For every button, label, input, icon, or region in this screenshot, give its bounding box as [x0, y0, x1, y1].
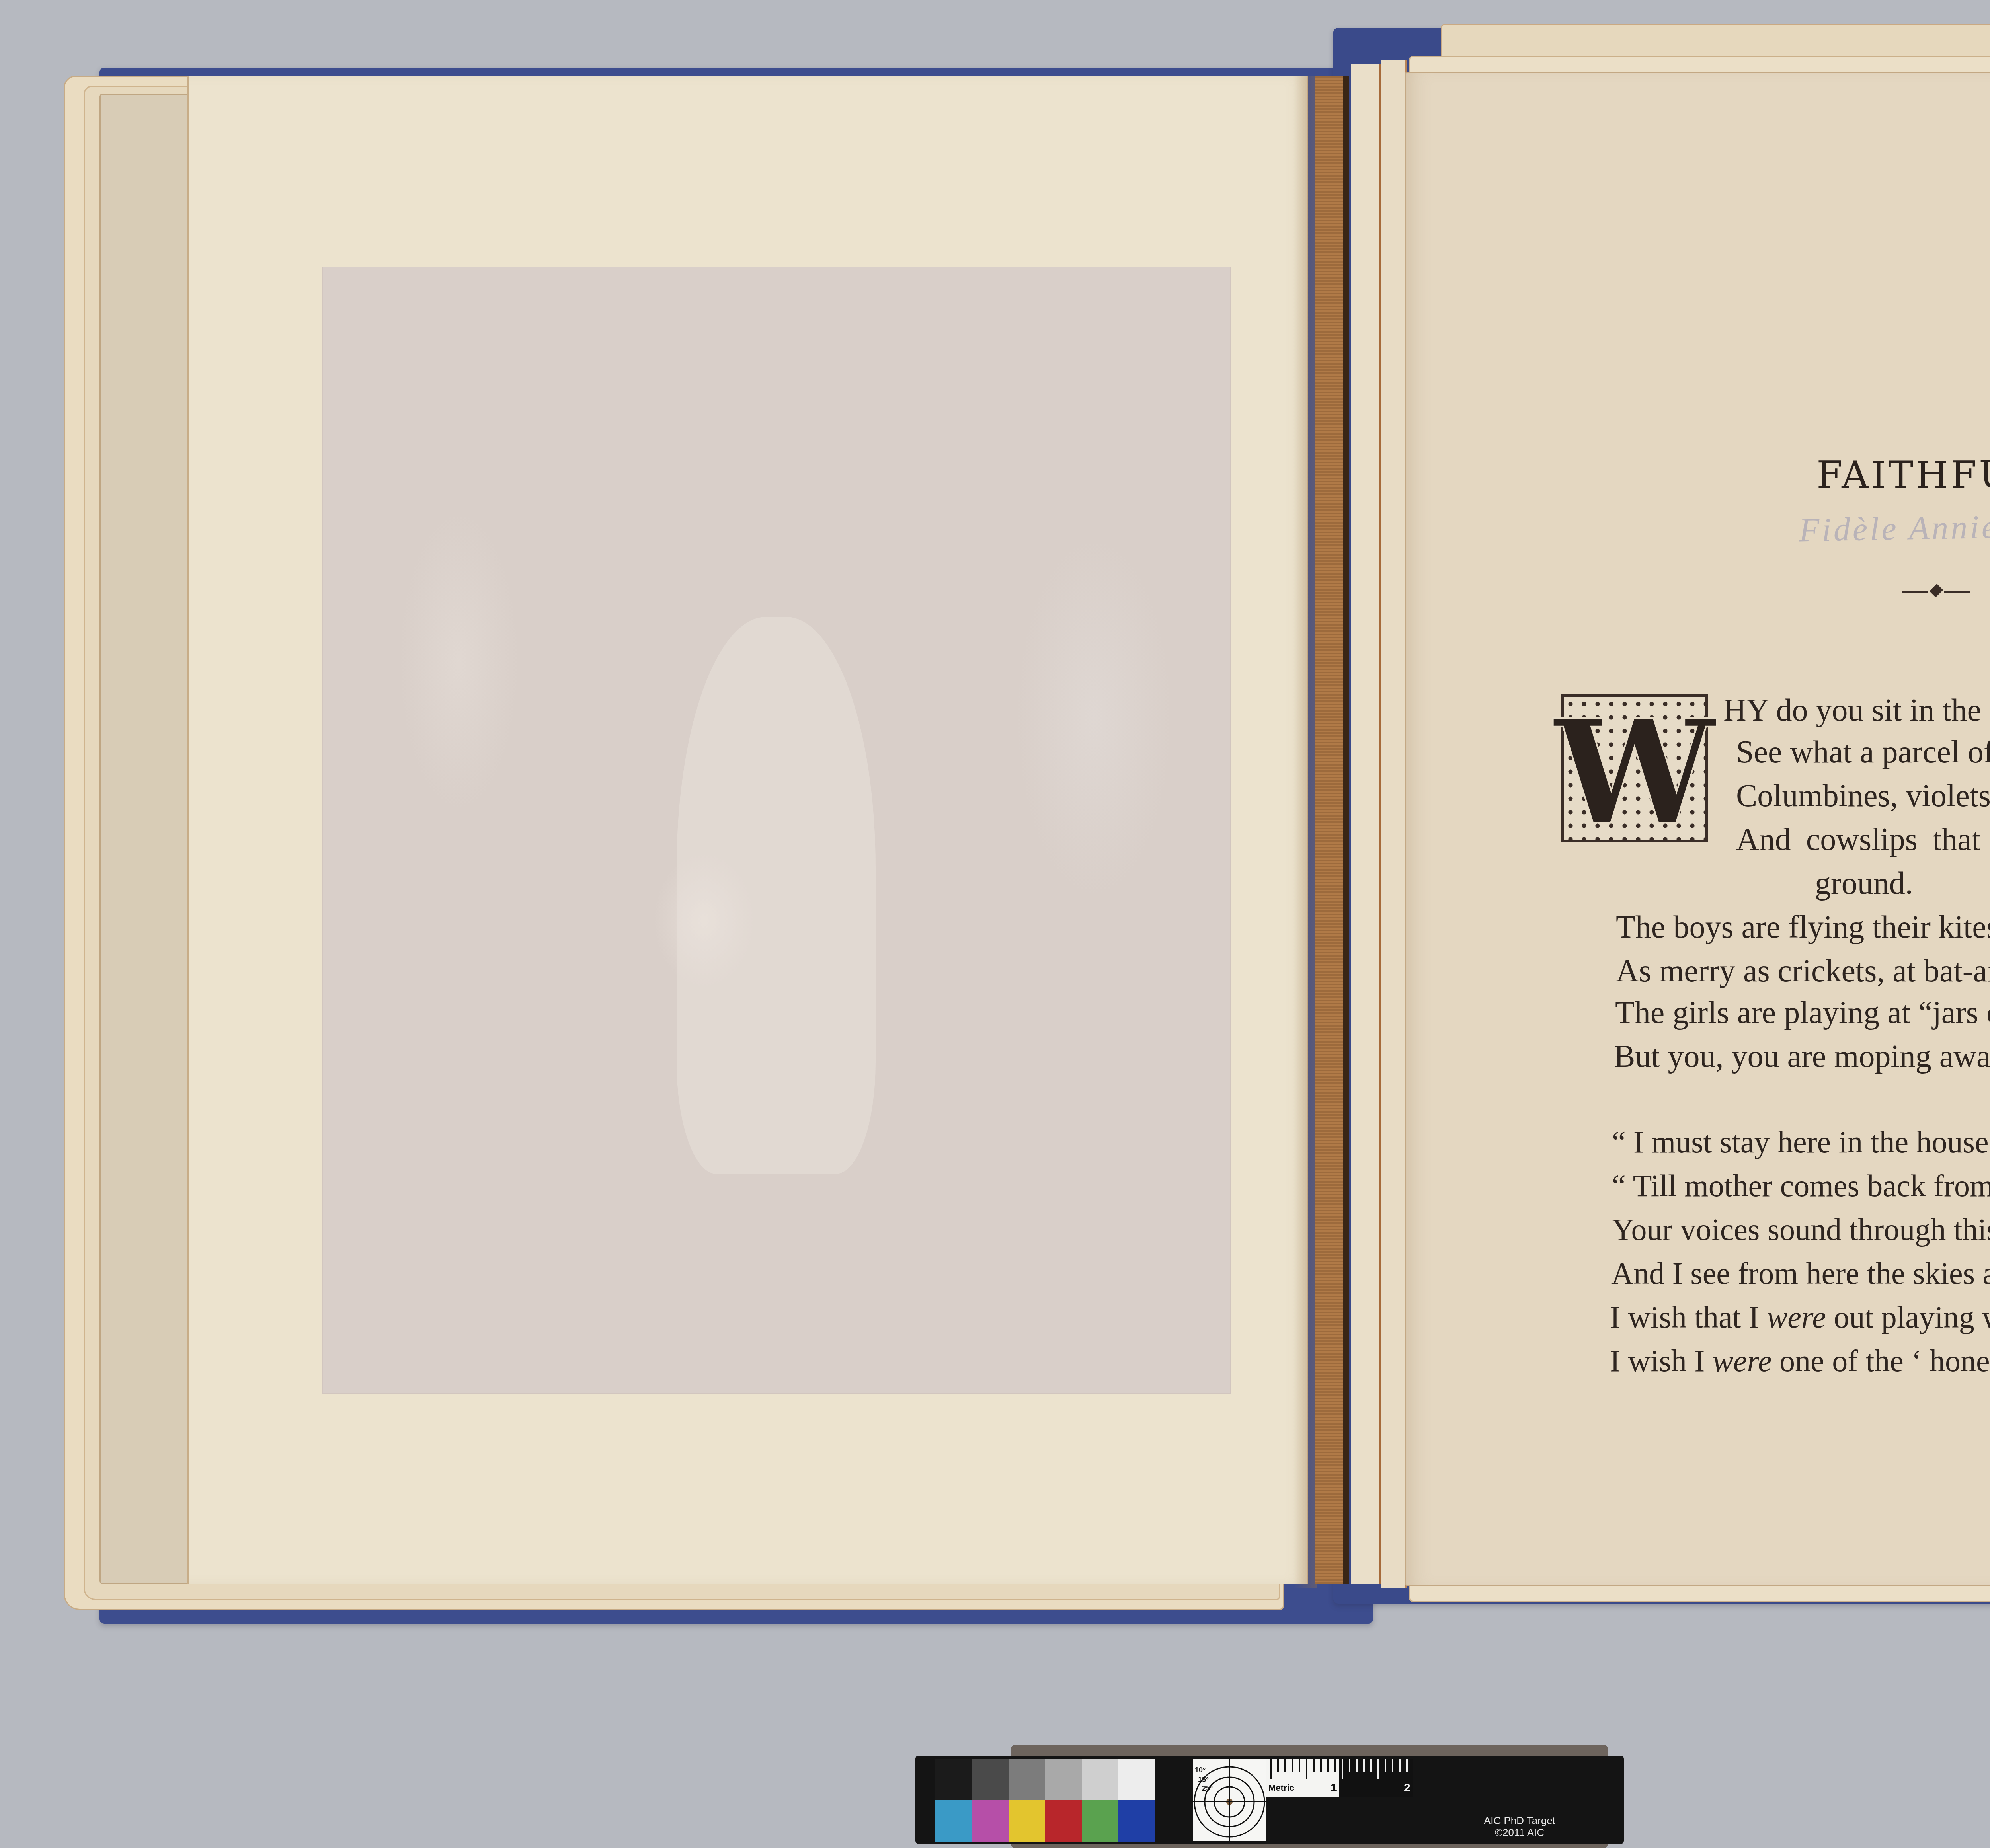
gray-swatch [1082, 1759, 1118, 1800]
verse-line: And I see from here the skies are bright… [1611, 1255, 1990, 1291]
color-swatch [1118, 1800, 1155, 1842]
verse-line: But you, you are moping away from all. [1614, 1039, 1990, 1075]
gutter-shadow [1293, 76, 1317, 1588]
verse-line: “ I must stay here in the house,” said A… [1612, 1124, 1990, 1160]
spine-leaf-edge [1381, 60, 1407, 1588]
ruler-number: 2 [1404, 1781, 1411, 1795]
target-brand-label: AIC PhD Target ©2011 AIC [1472, 1815, 1567, 1838]
gray-swatch [1045, 1759, 1082, 1800]
color-swatch [1009, 1800, 1045, 1842]
angle-label: 15° [1198, 1776, 1209, 1784]
metric-ruler: Metric 1 2 [1266, 1759, 1413, 1797]
ruler-tick [1292, 1759, 1293, 1772]
ruler-tick [1270, 1759, 1272, 1779]
ruler-tick [1385, 1759, 1386, 1772]
ornament-rule [1902, 591, 1928, 593]
color-swatch [972, 1800, 1009, 1842]
gray-swatch [1118, 1759, 1155, 1800]
verse-line: The girls are playing at “jars of honey … [1615, 995, 1990, 1031]
focus-target: 10° 15° 25° [1193, 1759, 1266, 1841]
color-swatch [1045, 1800, 1082, 1842]
ruler-tick [1356, 1759, 1358, 1772]
ruler-tick [1327, 1759, 1329, 1772]
ruler-tick [1306, 1759, 1307, 1779]
gray-swatch [972, 1759, 1009, 1800]
ruler-tick [1370, 1759, 1372, 1772]
ruler-tick [1406, 1759, 1408, 1772]
verse-line: Columbines, violets, snowdrops, quakers, [1736, 778, 1990, 814]
color-swatch [1082, 1800, 1118, 1842]
ornament-rule [1944, 591, 1970, 593]
verse-line: As merry as crickets, at bat-and-ball ; [1616, 953, 1990, 989]
verse-line: See what a parcel of flowers I’ve found … [1736, 734, 1990, 770]
ruler-tick [1299, 1759, 1300, 1772]
verse-line: Your voices sound through this open wind… [1612, 1212, 1990, 1248]
verse-text: I wish I [1610, 1343, 1713, 1378]
ruler-tick [1392, 1759, 1393, 1772]
verse-italic: were [1713, 1343, 1772, 1378]
ruler-tick [1313, 1759, 1315, 1772]
verse-line: HY do you sit in the dull house, Annie? [1723, 692, 1990, 729]
color-swatch [935, 1800, 972, 1842]
verse-text: I wish that I [1610, 1300, 1767, 1334]
gray-swatch [1009, 1759, 1045, 1800]
verse-line: I wish that I were out playing with you, [1610, 1299, 1990, 1335]
verse-text: out playing with you, [1826, 1300, 1990, 1334]
verse-italic: were [1767, 1300, 1826, 1334]
diamond-icon [1930, 584, 1943, 597]
ruler-tick [1342, 1759, 1343, 1779]
ruler-tick [1334, 1759, 1336, 1772]
ruler-tick [1320, 1759, 1322, 1772]
verse-text: one of the ‘ honey jars.’ [1772, 1343, 1990, 1378]
verse-line: And cowslips that grow in the meadow- [1736, 822, 1990, 858]
decorated-initial: W [1561, 694, 1708, 842]
illustration-figure [677, 617, 876, 1174]
ruler-tick [1277, 1759, 1279, 1772]
gray-swatch [935, 1759, 972, 1800]
angle-label: 10° [1195, 1766, 1206, 1774]
target-copyright: ©2011 AIC [1472, 1827, 1567, 1838]
verse-line: I wish I were one of the ‘ honey jars.’ [1610, 1343, 1990, 1379]
drop-cap-letter: W [1554, 701, 1715, 844]
ruler-tick [1363, 1759, 1365, 1772]
book-spine [1315, 76, 1349, 1584]
ornament-divider [1902, 586, 1970, 598]
verse-line: “ Till mother comes back from her work t… [1612, 1168, 1990, 1204]
angle-label: 25° [1202, 1784, 1213, 1793]
ruler-number: 1 [1331, 1781, 1337, 1795]
ruler-tick [1377, 1759, 1379, 1779]
ruler-unit-label: Metric [1268, 1783, 1294, 1793]
ruler-tick [1284, 1759, 1286, 1772]
target-brand-name: AIC PhD Target [1472, 1815, 1567, 1827]
ruler-tick [1349, 1759, 1350, 1772]
handwritten-annotation: Fidèle Annie [1799, 508, 1990, 550]
verse-line: The boys are flying their kites, or play… [1616, 909, 1990, 945]
ruler-tick [1399, 1759, 1401, 1772]
verse-line: ground. [1815, 866, 1913, 902]
poem-title: FAITHFUL ANNIE. [1405, 454, 1990, 497]
spine-leaf-edge [1351, 64, 1381, 1584]
